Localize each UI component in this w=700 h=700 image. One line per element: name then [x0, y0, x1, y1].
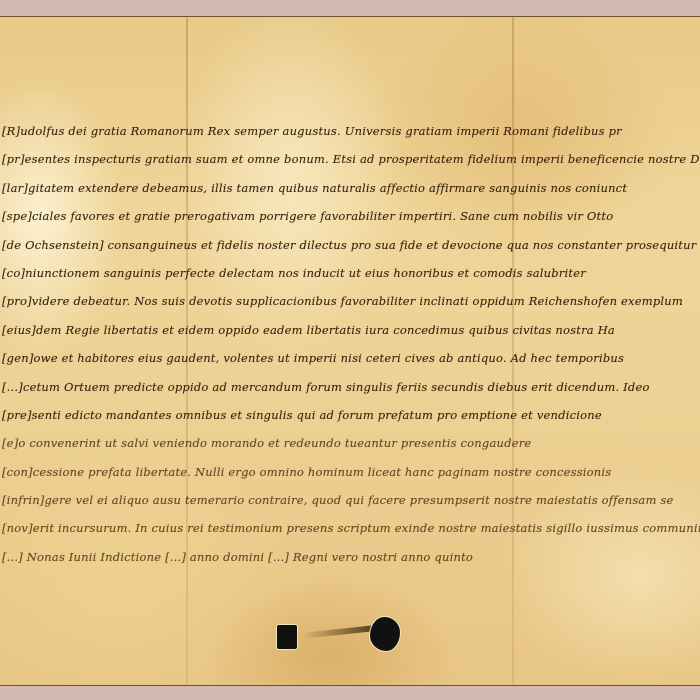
text-line: [co]niunctionem sanguinis perfecte delec… [2, 259, 700, 287]
text-line: [gen]owe et habitores eius gaudent, vole… [2, 344, 700, 372]
text-line: [lar]gitatem extendere debeamus, illis t… [2, 174, 700, 202]
text-line: [e]o convenerint ut salvi veniendo moran… [2, 429, 700, 457]
text-line: [de Ochsenstein] consanguineus et fideli… [2, 231, 700, 259]
text-line: [...] Nonas Iunii Indictione [...] anno … [2, 543, 700, 571]
text-line: [infrin]gere vel ei aliquo ausu temerari… [2, 486, 700, 514]
text-line: [pro]videre debeatur. Nos suis devotis s… [2, 287, 700, 315]
seal-hole-square-icon [277, 625, 297, 649]
text-line: [pre]senti edicto mandantes omnibus et s… [2, 401, 700, 429]
text-line: [nov]erit incursurum. In cuius rei testi… [2, 514, 700, 542]
parchment-charter: [R]udolfus dei gratia Romanorum Rex semp… [0, 16, 700, 686]
text-line: [...]cetum Ortuem predicte oppido ad mer… [2, 373, 700, 401]
seal-cord-stain [302, 625, 374, 638]
text-line: [R]udolfus dei gratia Romanorum Rex semp… [2, 117, 700, 145]
charter-text: [R]udolfus dei gratia Romanorum Rex semp… [2, 117, 700, 571]
text-line: [pr]esentes inspecturis gratiam suam et … [2, 145, 700, 173]
text-line: [con]cessione prefata libertate. Nulli e… [2, 458, 700, 486]
text-line: [eius]dem Regie libertatis et eidem oppi… [2, 316, 700, 344]
seal-hole-round-icon [370, 617, 400, 651]
text-line: [spe]ciales favores et gratie prerogativ… [2, 202, 700, 230]
seal-attachment [272, 602, 412, 662]
